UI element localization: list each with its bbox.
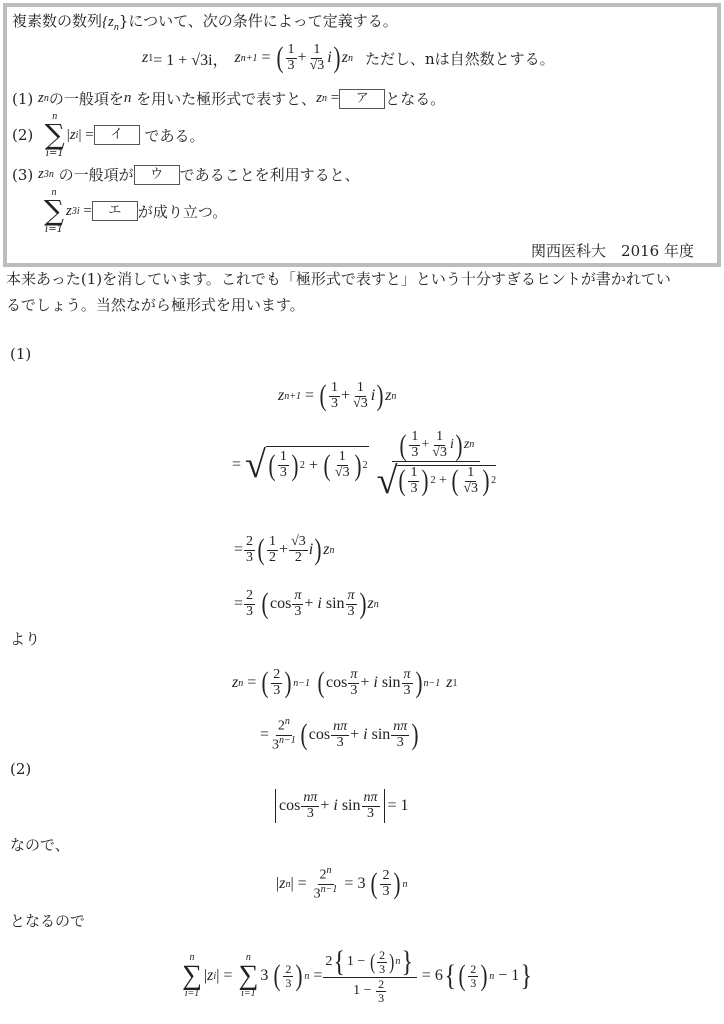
q3-label: (3) [12,166,33,184]
q2-label: (2) [12,126,33,144]
text-nanode: なので、 [10,834,70,855]
summation-icon: n∑i=1 [45,112,65,159]
z1-value: = 1 + √3i， [153,47,228,70]
q1-text-b: を用いた極形式で表すと、 [136,88,316,109]
q3-text-a: の一般項が [59,164,134,185]
summation-icon: n∑i=1 [238,953,258,1000]
result-three: = 3 [344,875,365,893]
subscript: n+1 [241,53,258,64]
answer-box-e[interactable]: エ [92,201,138,221]
q3-text-b: であることを利用すると、 [180,164,360,185]
solution-eq-3: =23 (12+√32i) zn [234,530,334,570]
commentary-line-2: るでしょう。当然ながら極形式を用います。 [6,294,305,315]
brace: } [119,12,129,30]
solution-eq-8: |zn| = 2n3n−1 = 3 (23)n [276,862,407,906]
solution-eq-9: n∑i=1 |zi| = n∑i=1 3 (23)n = 2{1 − (23)n… [180,946,534,1006]
source-label: 関西医科大 2016 年度 [531,240,694,261]
intro-text-post: について、次の条件によって定義する。 [128,12,397,30]
solution-eq-5: zn = (23)n−1 (cosπ3+ i sinπ3)n−1 z1 [232,660,458,706]
question-2: (2) n∑i=1 |zi| = イ である。 [12,112,204,159]
answer-box-u[interactable]: ウ [134,165,180,185]
solution-eq-1: zn+1 = ( 13+ 1√3i )zn [278,376,396,416]
question-1: (1) zn の一般項を n を用いた極形式で表すと、 zn = ア となる。 [12,88,445,109]
q3-text-c: が成り立つ。 [138,201,227,222]
commentary-line-1: 本来あった(1)を消しています。これでも「極形式で表すと」という十分すぎるヒント… [6,268,671,289]
q1-label: (1) [12,90,33,108]
answer-box-a[interactable]: ア [339,89,385,109]
q1-text-a: の一般項を [49,88,124,109]
solution-eq-6: = 2n3n−1 (cosnπ3+ i sinnπ3) [260,712,420,758]
answer-box-i[interactable]: イ [94,125,140,145]
definition-note: ただし、nは自然数とする。 [365,48,555,69]
q1-text-c: となる。 [385,88,445,109]
result-one: = 1 [388,797,409,815]
intro-text: 複素数の数列 [12,12,102,30]
question-3-sum: n∑i=1 z3i = エ が成り立つ。 [42,188,227,235]
sqrt: √ (13)2 + (1√3)2 [245,446,369,484]
solution-eq-7: cosnπ3+ i sinnπ3 = 1 [272,784,409,828]
summation-icon: n∑i=1 [44,188,64,235]
summation-icon: n∑i=1 [182,953,202,1000]
text-yori: より [10,628,40,649]
result-six: = 6 [422,967,443,985]
fraction: 13 [286,43,297,73]
q2-text: である。 [144,125,204,146]
solution-part-1-label: (1) [10,345,31,363]
text-tonarunode: となるので [10,910,85,931]
fraction: 1√3 [308,43,327,73]
sequence-symbol: {z [102,14,114,30]
question-3: (3) z3n の一般項が ウ であることを利用すると、 [12,164,360,185]
solution-eq-4: =23 (cosπ3+ i sinπ3) zn [234,584,379,624]
problem-intro: 複素数の数列{zn}について、次の条件によって定義する。 [12,10,398,33]
solution-eq-2: = √ (13)2 + (1√3)2 (13+1√3i)zn √ (13)2 +… [232,422,499,508]
definition-equation: z1 = 1 + √3i， zn+1 = ( 13 + 1√3i ) zn ただ… [142,38,555,78]
solution-part-2-label: (2) [10,760,31,778]
